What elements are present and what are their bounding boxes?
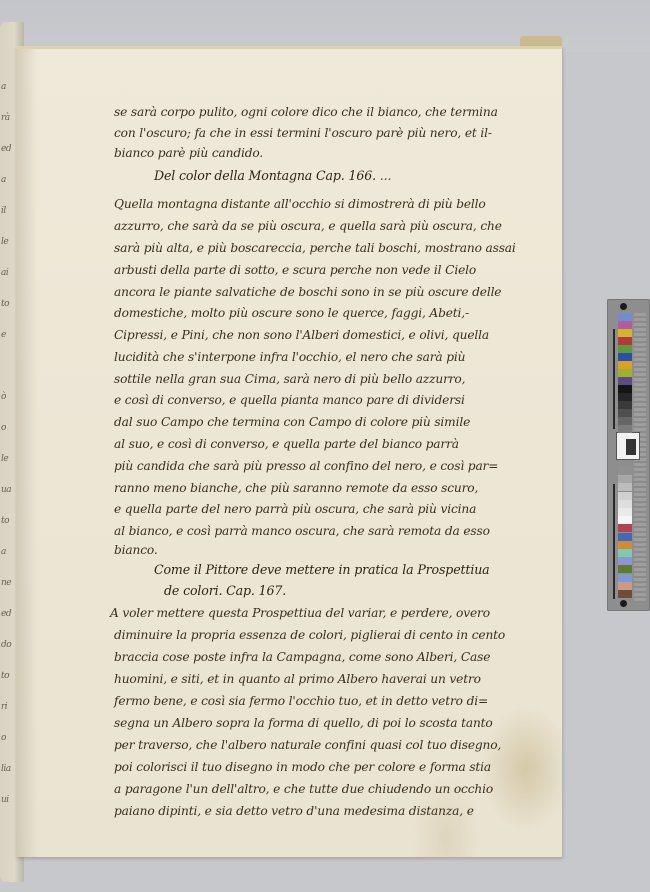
text-line: sottile nella gran sua Cima, sarà nero d…	[114, 372, 465, 386]
text-line: diminuire la propria essenza de colori, …	[114, 628, 505, 642]
text-line: a paragone l'un dell'altro, e che tutte …	[114, 782, 493, 796]
color-patch	[618, 417, 632, 425]
text-line: e così di converso, e quella pianta manc…	[114, 393, 465, 407]
color-patch	[618, 516, 632, 524]
color-patch	[618, 329, 632, 337]
color-patch	[618, 541, 632, 549]
left-page-text-fragment: le	[1, 237, 8, 247]
color-patch	[618, 524, 632, 532]
text-line: per traverso, che l'albero naturale conf…	[114, 738, 501, 752]
left-page-text-fragment: ua	[1, 485, 11, 495]
color-patch	[618, 557, 632, 565]
target-hole-bottom	[620, 600, 627, 607]
text-line: braccia cose poste infra la Campagna, co…	[114, 650, 490, 664]
text-line: ancora le piante salvatiche de boschi so…	[114, 285, 501, 299]
left-page-text-fragment: ò	[1, 392, 6, 402]
target-rail	[613, 484, 615, 599]
color-calibration-target	[607, 299, 650, 611]
text-line: sarà più alta, e più boscareccia, perche…	[114, 241, 516, 255]
color-patch	[618, 385, 632, 393]
left-page-text-fragment: a	[1, 547, 6, 557]
text-line: bianco parè più candido.	[114, 146, 263, 160]
color-patch	[618, 337, 632, 345]
left-page-text-fragment: o	[1, 733, 6, 743]
left-page-text-fragment: a	[1, 175, 6, 185]
left-page-text-fragment: ed	[1, 144, 11, 154]
text-line: domestiche, molto più oscure sono le que…	[114, 306, 469, 320]
color-patch	[618, 492, 632, 500]
text-line: e quella parte del nero parrà più oscura…	[114, 502, 476, 516]
text-line: Quella montagna distante all'occhio si d…	[114, 197, 486, 211]
color-patch	[618, 377, 632, 385]
text-line: azzurro, che sarà da se più oscura, e qu…	[114, 219, 502, 233]
text-line: ranno meno bianche, che più saranno remo…	[114, 481, 478, 495]
text-line: fermo bene, e così sia fermo l'occhio tu…	[114, 694, 488, 708]
color-patch	[618, 401, 632, 409]
color-patch	[618, 483, 632, 491]
text-line: con l'oscuro; fa che in essi termini l'o…	[114, 126, 492, 140]
left-page-text-fragment: to	[1, 671, 9, 681]
color-patch	[618, 500, 632, 508]
color-patch	[618, 313, 632, 321]
color-patch	[618, 475, 632, 483]
text-line: paiano dipinti, e sia detto vetro d'una …	[114, 804, 474, 818]
left-page-text-fragment: a	[1, 82, 6, 92]
left-page-text-fragment: to	[1, 516, 9, 526]
text-line: A voler mettere questa Prospettiua del v…	[110, 606, 490, 620]
text-line: arbusti della parte di sotto, e scura pe…	[114, 263, 476, 277]
left-page-text-fragment: o	[1, 423, 6, 433]
color-patch	[618, 582, 632, 590]
color-patch	[618, 361, 632, 369]
text-line: bianco.	[114, 543, 158, 557]
color-patch	[618, 321, 632, 329]
color-patch	[618, 590, 632, 598]
color-patch	[618, 574, 632, 582]
chapter-166-title: Del color della Montagna Cap. 166. ...	[154, 168, 391, 183]
text-line: poi colorisci il tuo disegno in modo che…	[114, 760, 491, 774]
target-hole-top	[620, 303, 627, 310]
chapter-167-title-line-1: Come il Pittore deve mettere in pratica …	[154, 562, 490, 577]
text-line: se sarà corpo pulito, ogni colore dico c…	[114, 105, 498, 119]
color-patch	[618, 425, 632, 433]
color-patch	[618, 508, 632, 516]
color-patch	[618, 393, 632, 401]
text-line: lucidità che s'interpone infra l'occhio,…	[114, 350, 465, 364]
left-page-text-fragment: rà	[1, 113, 10, 123]
left-page-text-fragment: ne	[1, 578, 11, 588]
left-page-text-fragment: e	[1, 330, 6, 340]
chapter-167-title-line-2: de colori. Cap. 167.	[164, 583, 286, 598]
target-label	[616, 432, 640, 460]
left-page-text-fragment: do	[1, 640, 11, 650]
left-page-text-fragment: ed	[1, 609, 11, 619]
left-page-text-fragment: lia	[1, 764, 11, 774]
color-patch	[618, 549, 632, 557]
left-page-text-fragment: to	[1, 299, 9, 309]
left-page-text-fragment: le	[1, 454, 8, 464]
text-line: dal suo Campo che termina con Campo di c…	[114, 415, 470, 429]
left-page-text-fragment: ri	[1, 702, 7, 712]
text-line: Cipressi, e Pini, che non sono l'Alberi …	[114, 328, 489, 342]
text-line: huomini, e siti, et in quanto al primo A…	[114, 672, 481, 686]
color-patch	[618, 353, 632, 361]
text-line: al bianco, e così parrà manco oscura, ch…	[114, 524, 490, 538]
page-torn-corner	[520, 36, 562, 46]
color-patch	[618, 409, 632, 417]
color-patch	[618, 533, 632, 541]
color-patch	[618, 345, 632, 353]
color-patch	[618, 467, 632, 475]
color-patch	[618, 565, 632, 573]
left-page-text-fragment: ai	[1, 268, 8, 278]
manuscript-page: se sarà corpo pulito, ogni colore dico c…	[16, 46, 562, 857]
left-page-text-fragment: il	[1, 206, 6, 216]
target-rail	[613, 329, 615, 429]
text-line: più candida che sarà più presso al confi…	[114, 459, 498, 473]
text-line: al suo, e così di converso, e quella par…	[114, 437, 459, 451]
text-line: segna un Albero sopra la forma di quello…	[114, 716, 493, 730]
color-patch	[618, 369, 632, 377]
left-page-text-fragment: ui	[1, 795, 9, 805]
